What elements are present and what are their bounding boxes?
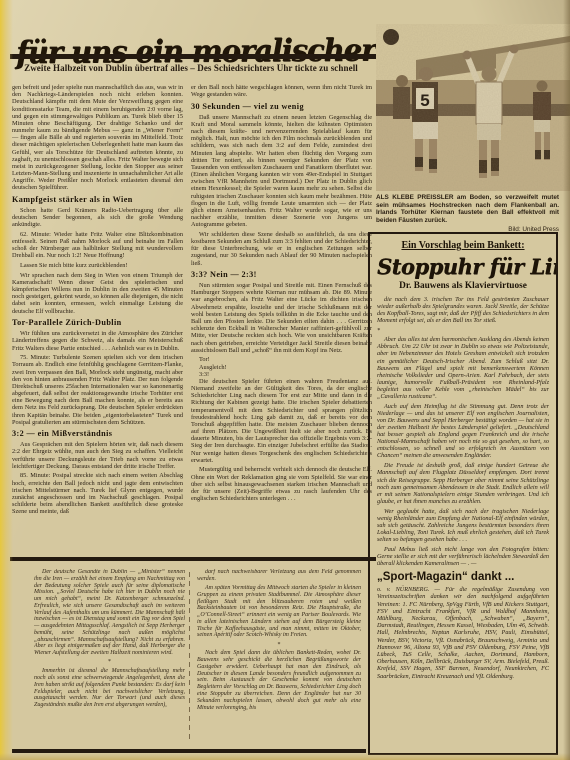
paragraph: Daß unsere Mannschaft zu einem neuen let… (191, 114, 372, 229)
section-divider-rule (10, 557, 376, 561)
paragraph: Der deutsche Gesandte in Dublin — „Minis… (34, 569, 185, 657)
paragraph: Wer geglaubt hatte, daß sich nach der tr… (377, 508, 549, 543)
paragraph: Mustergültig und beherrscht verhielt sic… (191, 466, 372, 502)
article-subheadline: Zweite Halbzeit von Dublin übertraf alle… (6, 63, 376, 73)
paragraph: Auch auf dem Heimflug ist die Stimmung g… (377, 403, 549, 460)
section-heading-tor-parallele: Tor-Parallele Zürich-Dublin (12, 318, 183, 327)
section-heading-3-3-nein: 3:3? Nein — 2:3! (191, 270, 372, 279)
paragraph: Aus Gesprächen mit den Spielern hörten w… (12, 441, 183, 470)
paragraph: Paul Mebus ließ sich nicht lange von den… (377, 546, 549, 567)
paragraph: er den Ball noch hätte wegschlagen könne… (191, 84, 372, 98)
page-edge-left (0, 0, 13, 760)
star-separator: * (34, 659, 185, 666)
paragraph: Immerhin ist diesmal die Mannschaftsaufs… (34, 668, 185, 709)
paragraph: 62. Minute: Wieder hatte Fritz Walter ei… (12, 231, 183, 260)
feuilleton-column-right: darf nach nachweisbarer Verletzung aus d… (197, 569, 361, 746)
feuilleton-column-left: Der deutsche Gesandte in Dublin — „Minis… (34, 569, 185, 746)
goal-exclamation: Ausgleich! (191, 364, 372, 371)
goal-exclamation: 3:3! (191, 371, 372, 378)
paragraph: die nach dem 3. irischen Tor ins Feld ge… (377, 296, 549, 324)
star-separator: * (377, 327, 549, 334)
paragraph: Lassen Sie mich bitte kurz zurückblenden… (12, 262, 183, 269)
box-subtitle: Dr. Bauwens als Klaviervirtuose (377, 281, 549, 291)
newspaper-page: für uns ein moralischer Sieg Zweite Halb… (0, 0, 570, 760)
paragraph: 75. Minute: Turbulente Szenen spielten s… (12, 354, 183, 426)
paragraph: Nun stürmten sogar Posipal und Streitle … (191, 282, 372, 354)
match-photo: 5 (376, 24, 570, 191)
thanks-section-body: o. v. NÜRNBERG. — Für die regelmäßige Zu… (377, 586, 549, 679)
match-photo-illustration: 5 (376, 24, 570, 191)
bankett-sidebar-box: Ein Vorschlag beim Bankett: Stoppuhr für… (368, 232, 558, 755)
paragraph: Die Freude ist deshalb groß, daß einige … (377, 462, 549, 504)
paragraph: Nach dem Spiel dann die üblichen Bankett… (197, 650, 361, 711)
section-heading-30-sekunden: 30 Sekunden — viel zu wenig (191, 102, 372, 111)
box-body: die nach dem 3. irischen Tor ins Feld ge… (377, 296, 549, 567)
article-column-2: er den Ball noch hätte wegschlagen könne… (191, 84, 372, 556)
article-column-1: gen befreit und jeder spielte nun mannsc… (12, 84, 183, 556)
paragraph: Die deutschen Spieler führten einen wahr… (191, 378, 372, 464)
section-heading-missverstaendnis: 3:2 — ein Mißverständnis (12, 429, 183, 438)
page-edge-bottom (0, 753, 570, 760)
paragraph: gen befreit und jeder spielte nun mannsc… (12, 84, 183, 192)
paragraph: Schon hatte Gerd Krämers Radio-Uebertrag… (12, 207, 183, 229)
paragraph: Wir fühlten uns zurückversetzt in die At… (12, 330, 183, 352)
paragraph: Wir sprachen nach dem Sieg in Wien von e… (12, 272, 183, 315)
headline-underline-bar (10, 54, 376, 59)
star-separator: * (197, 642, 361, 649)
photo-caption: ALS KLEBE PREISSLER am Boden, so verzwei… (376, 194, 559, 233)
thanks-section-title: „Sport-Magazin“ dankt ... (377, 571, 549, 583)
feuilleton-column-divider (189, 572, 190, 742)
goal-exclamation: Tor! (191, 356, 372, 363)
photo-caption-text: ALS KLEBE PREISSLER am Boden, so verzwei… (376, 194, 559, 224)
box-title: Stoppuhr für Ling! (377, 254, 549, 279)
paragraph: darf nach nachweisbarer Verletzung aus d… (197, 569, 361, 583)
paragraph: Wir schilderten diese Szene deshalb so a… (191, 231, 372, 267)
paragraph: 85. Minute: Posipal streckte sich nach e… (12, 472, 183, 515)
paragraph: Aber das alles tut dem harmonischen Ausk… (377, 336, 549, 400)
box-kicker: Ein Vorschlag beim Bankett: (377, 240, 549, 251)
section-heading-kampfgeist: Kampfgeist stärker als in Wien (12, 195, 183, 204)
page-edge-right (563, 0, 570, 760)
paragraph: Am späten Vormittag des Mittwoch starten… (197, 585, 361, 639)
